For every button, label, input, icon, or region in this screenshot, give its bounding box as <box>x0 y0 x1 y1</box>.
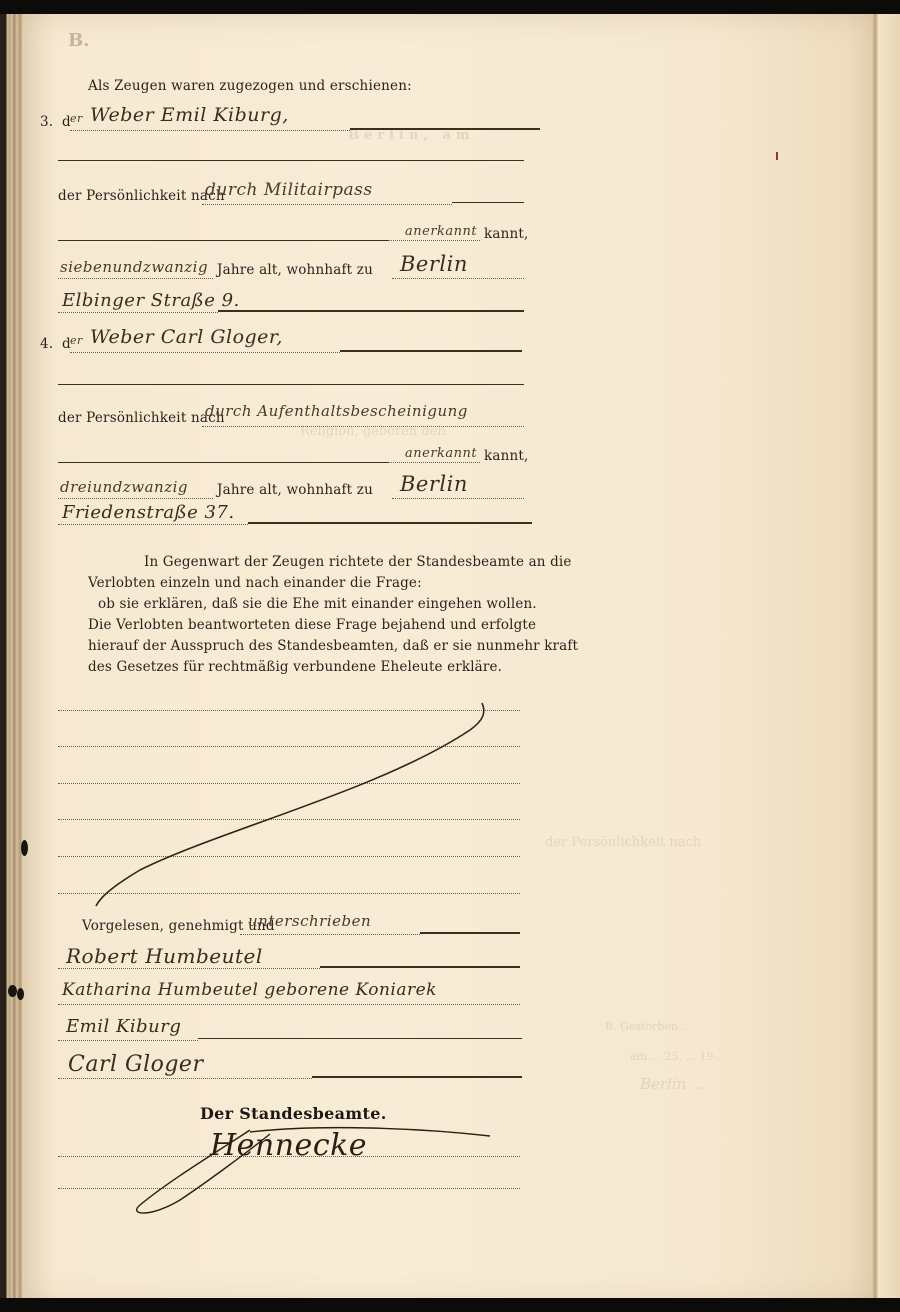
margin-note: Berlin ... <box>640 1075 705 1093</box>
margin-note: am ... 25. ... 19.. <box>630 1050 720 1063</box>
margin-note: B. Gestorben ... <box>605 1020 692 1033</box>
signature-flourish <box>0 0 900 1312</box>
